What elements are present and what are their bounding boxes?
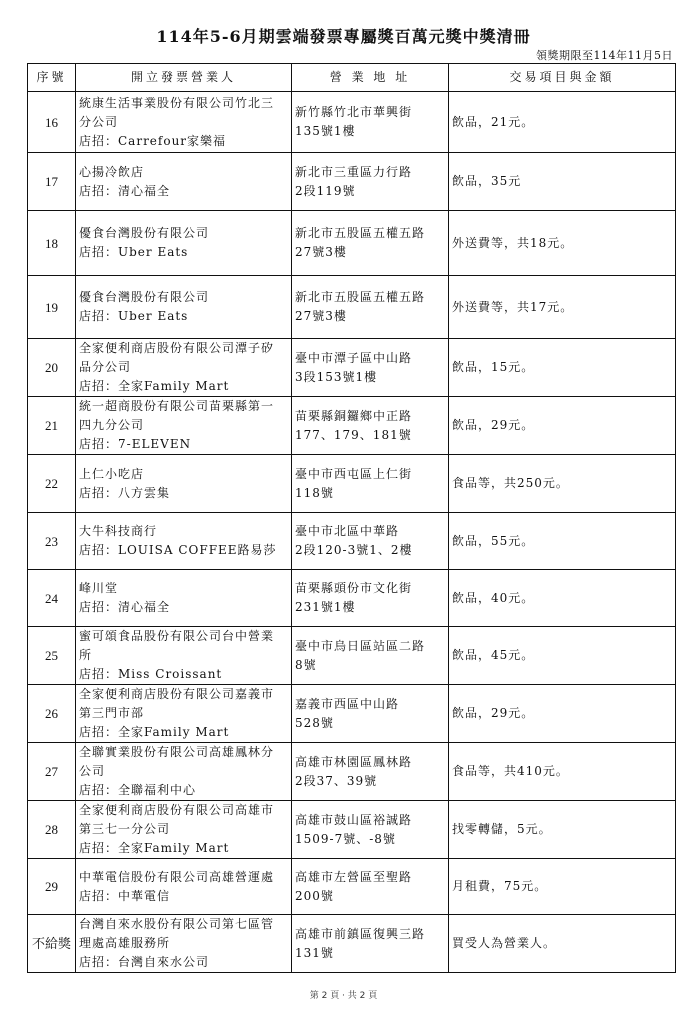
claim-deadline: 領獎期限至114年11月5日	[536, 47, 673, 63]
serial-no-cell: 25	[28, 627, 76, 685]
transaction-cell: 飲品，15元。	[449, 339, 676, 397]
address-cell: 高雄市前鎮區復興三路131號	[292, 915, 449, 973]
address-line: 200號	[295, 887, 445, 906]
merchant-name-text: 第三門市部	[79, 704, 288, 723]
document-title: 114年5-6月期雲端發票專屬獎百萬元獎中獎清冊	[0, 24, 687, 47]
address-line: 臺中市西屯區上仁街	[295, 465, 445, 484]
table-row: 19優食台灣股份有限公司店招：Uber Eats新北市五股區五權五路27號3樓外…	[28, 276, 676, 339]
merchant-name-text: 蜜可頌食品股份有限公司台中營業	[79, 627, 288, 646]
address-line: 新北市五股區五權五路	[295, 288, 445, 307]
transaction-cell: 飲品，21元。	[449, 92, 676, 153]
address-line: 2段119號	[295, 182, 445, 201]
serial-no-cell: 28	[28, 801, 76, 859]
serial-no-cell: 24	[28, 570, 76, 627]
merchant-cell: 心揚冷飲店店招：清心福全	[76, 153, 292, 211]
serial-no-cell: 23	[28, 513, 76, 570]
serial-no-cell: 18	[28, 211, 76, 276]
address-cell: 臺中市北區中華路2段120-3號1、2樓	[292, 513, 449, 570]
table-row: 23大牛科技商行店招：LOUISA COFFEE路易莎臺中市北區中華路2段120…	[28, 513, 676, 570]
transaction-cell: 月租費，75元。	[449, 859, 676, 915]
merchant-name-text: 統一超商股份有限公司苗栗縣第一	[79, 397, 288, 416]
serial-no-cell: 16	[28, 92, 76, 153]
serial-no-cell: 27	[28, 743, 76, 801]
transaction-cell: 飲品，45元。	[449, 627, 676, 685]
merchant-cell: 全家便利商店股份有限公司嘉義市第三門市部店招：全家Family Mart	[76, 685, 292, 743]
address-line: 131號	[295, 944, 445, 963]
address-line: 高雄市鼓山區裕誠路	[295, 811, 445, 830]
address-cell: 高雄市林園區鳳林路2段37、39號	[292, 743, 449, 801]
address-cell: 高雄市左營區至聖路200號	[292, 859, 449, 915]
address-cell: 臺中市烏日區站區二路8號	[292, 627, 449, 685]
table-row: 24峰川堂店招：清心福全苗栗縣頭份市文化街231號1樓飲品，40元。	[28, 570, 676, 627]
address-line: 27號3樓	[295, 307, 445, 326]
merchant-name-text: 第三七一分公司	[79, 820, 288, 839]
merchant-name-text: 優食台灣股份有限公司	[79, 288, 288, 307]
merchant-name-text: 全聯實業股份有限公司高雄鳳林分	[79, 743, 288, 762]
table-row: 16統康生活事業股份有限公司竹北三分公司店招：Carrefour家樂福新竹縣竹北…	[28, 92, 676, 153]
address-line: 231號1樓	[295, 598, 445, 617]
address-line: 118號	[295, 484, 445, 503]
merchant-cell: 台灣自來水股份有限公司第七區管理處高雄服務所店招：台灣自來水公司	[76, 915, 292, 973]
table-row: 29中華電信股份有限公司高雄營運處店招：中華電信高雄市左營區至聖路200號月租費…	[28, 859, 676, 915]
address-line: 嘉義市西區中山路	[295, 695, 445, 714]
store-sign-text: 店招：Carrefour家樂福	[79, 132, 288, 151]
address-line: 高雄市左營區至聖路	[295, 868, 445, 887]
header-serial-no: 序號	[28, 64, 76, 92]
transaction-cell: 食品等，共410元。	[449, 743, 676, 801]
merchant-cell: 優食台灣股份有限公司店招：Uber Eats	[76, 211, 292, 276]
store-sign-text: 店招：八方雲集	[79, 484, 288, 503]
header-merchant: 開立發票營業人	[76, 64, 292, 92]
merchant-name-text: 優食台灣股份有限公司	[79, 224, 288, 243]
address-cell: 苗栗縣頭份市文化街231號1樓	[292, 570, 449, 627]
merchant-name-text: 全家便利商店股份有限公司潭子矽	[79, 339, 288, 358]
transaction-cell: 食品等，共250元。	[449, 455, 676, 513]
merchant-name-text: 峰川堂	[79, 579, 288, 598]
store-sign-text: 店招：全家Family Mart	[79, 723, 288, 742]
serial-no-cell: 不給獎	[28, 915, 76, 973]
table-row: 27全聯實業股份有限公司高雄鳳林分公司店招：全聯福利中心高雄市林園區鳳林路2段3…	[28, 743, 676, 801]
address-line: 臺中市潭子區中山路	[295, 349, 445, 368]
table-row: 28全家便利商店股份有限公司高雄市第三七一分公司店招：全家Family Mart…	[28, 801, 676, 859]
table-row: 22上仁小吃店店招：八方雲集臺中市西屯區上仁街118號食品等，共250元。	[28, 455, 676, 513]
address-line: 臺中市北區中華路	[295, 522, 445, 541]
merchant-name-text: 上仁小吃店	[79, 465, 288, 484]
address-cell: 苗栗縣銅鑼鄉中正路177、179、181號	[292, 397, 449, 455]
transaction-cell: 飲品，29元。	[449, 397, 676, 455]
address-cell: 高雄市鼓山區裕誠路1509-7號、-8號	[292, 801, 449, 859]
merchant-name-text: 統康生活事業股份有限公司竹北三	[79, 94, 288, 113]
merchant-name-text: 全家便利商店股份有限公司嘉義市	[79, 685, 288, 704]
address-line: 苗栗縣頭份市文化街	[295, 579, 445, 598]
store-sign-text: 店招：中華電信	[79, 887, 288, 906]
address-line: 177、179、181號	[295, 426, 445, 445]
merchant-cell: 中華電信股份有限公司高雄營運處店招：中華電信	[76, 859, 292, 915]
address-line: 3段153號1樓	[295, 368, 445, 387]
address-line: 2段120-3號1、2樓	[295, 541, 445, 560]
address-line: 苗栗縣銅鑼鄉中正路	[295, 407, 445, 426]
table-row: 25蜜可頌食品股份有限公司台中營業所店招：Miss Croissant臺中市烏日…	[28, 627, 676, 685]
store-sign-text: 店招：全家Family Mart	[79, 839, 288, 858]
store-sign-text: 店招：Uber Eats	[79, 307, 288, 326]
transaction-cell: 外送費等，共17元。	[449, 276, 676, 339]
address-cell: 新北市三重區力行路2段119號	[292, 153, 449, 211]
address-line: 2段37、39號	[295, 772, 445, 791]
merchant-name-text: 四九分公司	[79, 416, 288, 435]
address-line: 臺中市烏日區站區二路	[295, 637, 445, 656]
store-sign-text: 店招：清心福全	[79, 182, 288, 201]
header-transaction: 交易項目與金額	[449, 64, 676, 92]
merchant-cell: 蜜可頌食品股份有限公司台中營業所店招：Miss Croissant	[76, 627, 292, 685]
transaction-cell: 飲品，29元。	[449, 685, 676, 743]
merchant-name-text: 中華電信股份有限公司高雄營運處	[79, 868, 288, 887]
table-body: 16統康生活事業股份有限公司竹北三分公司店招：Carrefour家樂福新竹縣竹北…	[28, 92, 676, 973]
address-line: 新北市五股區五權五路	[295, 224, 445, 243]
serial-no-cell: 29	[28, 859, 76, 915]
transaction-cell: 飲品，35元	[449, 153, 676, 211]
store-sign-text: 店招：7-ELEVEN	[79, 435, 288, 454]
address-line: 高雄市林園區鳳林路	[295, 753, 445, 772]
table-header-row: 序號 開立發票營業人 營 業 地 址 交易項目與金額	[28, 64, 676, 92]
store-sign-text: 店招：LOUISA COFFEE路易莎	[79, 541, 288, 560]
merchant-name-text: 理處高雄服務所	[79, 934, 288, 953]
merchant-name-text: 所	[79, 646, 288, 665]
address-line: 528號	[295, 714, 445, 733]
merchant-cell: 統康生活事業股份有限公司竹北三分公司店招：Carrefour家樂福	[76, 92, 292, 153]
merchant-cell: 全家便利商店股份有限公司潭子矽品分公司店招：全家Family Mart	[76, 339, 292, 397]
merchant-cell: 全聯實業股份有限公司高雄鳳林分公司店招：全聯福利中心	[76, 743, 292, 801]
store-sign-text: 店招：Uber Eats	[79, 243, 288, 262]
address-line: 高雄市前鎮區復興三路	[295, 925, 445, 944]
transaction-cell: 買受人為營業人。	[449, 915, 676, 973]
transaction-cell: 飲品，40元。	[449, 570, 676, 627]
merchant-name-text: 分公司	[79, 113, 288, 132]
address-cell: 新竹縣竹北市華興街135號1樓	[292, 92, 449, 153]
store-sign-text: 店招：全聯福利中心	[79, 781, 288, 800]
table-row: 21統一超商股份有限公司苗栗縣第一四九分公司店招：7-ELEVEN苗栗縣銅鑼鄉中…	[28, 397, 676, 455]
merchant-cell: 峰川堂店招：清心福全	[76, 570, 292, 627]
serial-no-cell: 26	[28, 685, 76, 743]
serial-no-cell: 17	[28, 153, 76, 211]
header-address: 營 業 地 址	[292, 64, 449, 92]
table-row: 26全家便利商店股份有限公司嘉義市第三門市部店招：全家Family Mart嘉義…	[28, 685, 676, 743]
merchant-name-text: 全家便利商店股份有限公司高雄市	[79, 801, 288, 820]
serial-no-cell: 21	[28, 397, 76, 455]
address-cell: 臺中市西屯區上仁街118號	[292, 455, 449, 513]
page-footer: 第 2 頁 · 共 2 頁	[0, 988, 687, 1001]
merchant-cell: 優食台灣股份有限公司店招：Uber Eats	[76, 276, 292, 339]
store-sign-text: 店招：清心福全	[79, 598, 288, 617]
store-sign-text: 店招：台灣自來水公司	[79, 953, 288, 972]
serial-no-cell: 20	[28, 339, 76, 397]
address-cell: 新北市五股區五權五路27號3樓	[292, 276, 449, 339]
transaction-cell: 找零轉儲，5元。	[449, 801, 676, 859]
address-line: 新北市三重區力行路	[295, 163, 445, 182]
store-sign-text: 店招：全家Family Mart	[79, 377, 288, 396]
address-line: 27號3樓	[295, 243, 445, 262]
merchant-cell: 統一超商股份有限公司苗栗縣第一四九分公司店招：7-ELEVEN	[76, 397, 292, 455]
merchant-cell: 全家便利商店股份有限公司高雄市第三七一分公司店招：全家Family Mart	[76, 801, 292, 859]
merchant-name-text: 品分公司	[79, 358, 288, 377]
address-line: 8號	[295, 656, 445, 675]
transaction-cell: 外送費等，共18元。	[449, 211, 676, 276]
serial-no-cell: 22	[28, 455, 76, 513]
serial-no-cell: 19	[28, 276, 76, 339]
store-sign-text: 店招：Miss Croissant	[79, 665, 288, 684]
address-cell: 新北市五股區五權五路27號3樓	[292, 211, 449, 276]
address-line: 135號1樓	[295, 122, 445, 141]
merchant-cell: 大牛科技商行店招：LOUISA COFFEE路易莎	[76, 513, 292, 570]
table-row: 17心揚冷飲店店招：清心福全新北市三重區力行路2段119號飲品，35元	[28, 153, 676, 211]
address-line: 1509-7號、-8號	[295, 830, 445, 849]
table-row: 20全家便利商店股份有限公司潭子矽品分公司店招：全家Family Mart臺中市…	[28, 339, 676, 397]
table-row: 不給獎台灣自來水股份有限公司第七區管理處高雄服務所店招：台灣自來水公司高雄市前鎮…	[28, 915, 676, 973]
address-cell: 嘉義市西區中山路528號	[292, 685, 449, 743]
merchant-name-text: 台灣自來水股份有限公司第七區管	[79, 915, 288, 934]
address-line: 新竹縣竹北市華興街	[295, 103, 445, 122]
merchant-cell: 上仁小吃店店招：八方雲集	[76, 455, 292, 513]
merchant-name-text: 大牛科技商行	[79, 522, 288, 541]
merchant-name-text: 心揚冷飲店	[79, 163, 288, 182]
winners-table: 序號 開立發票營業人 營 業 地 址 交易項目與金額 16統康生活事業股份有限公…	[27, 63, 676, 973]
table-row: 18優食台灣股份有限公司店招：Uber Eats新北市五股區五權五路27號3樓外…	[28, 211, 676, 276]
merchant-name-text: 公司	[79, 762, 288, 781]
transaction-cell: 飲品，55元。	[449, 513, 676, 570]
address-cell: 臺中市潭子區中山路3段153號1樓	[292, 339, 449, 397]
